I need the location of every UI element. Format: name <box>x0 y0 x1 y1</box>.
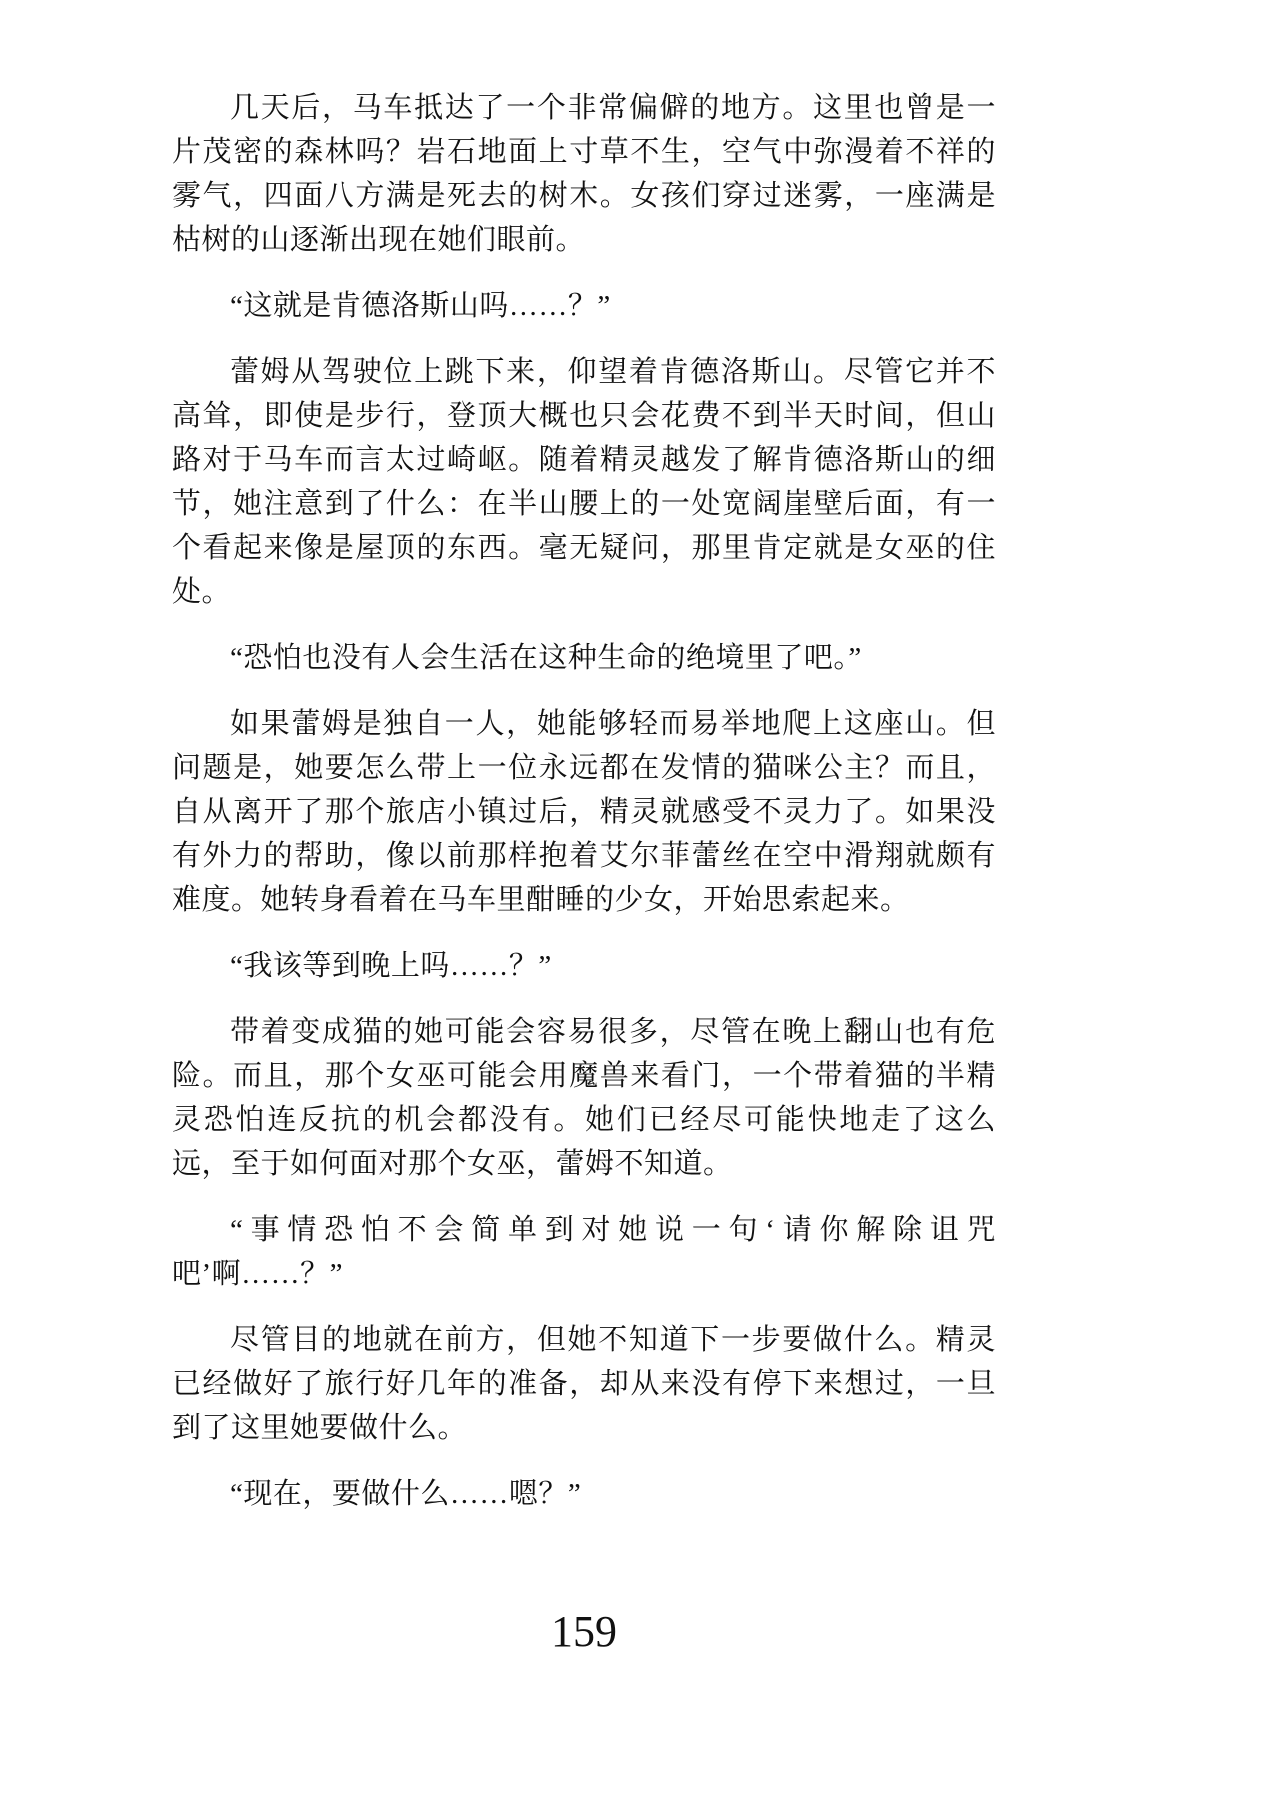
dialogue-line: “事情恐怕不会简单到对她说一句‘请你解除诅咒吧’啊……？” <box>172 1208 996 1296</box>
paragraph: 如果蕾姆是独自一人，她能够轻而易举地爬上这座山。但问题是，她要怎么带上一位永远都… <box>172 702 996 922</box>
page-text-block: 几天后，马车抵达了一个非常偏僻的地方。这里也曾是一片茂密的森林吗？岩石地面上寸草… <box>172 86 996 1538</box>
page-number: 159 <box>172 1608 996 1656</box>
paragraph: 几天后，马车抵达了一个非常偏僻的地方。这里也曾是一片茂密的森林吗？岩石地面上寸草… <box>172 86 996 262</box>
dialogue-line: “这就是肯德洛斯山吗……？” <box>172 284 996 328</box>
paragraph: 带着变成猫的她可能会容易很多，尽管在晚上翻山也有危险。而且，那个女巫可能会用魔兽… <box>172 1010 996 1186</box>
dialogue-line: “现在，要做什么……嗯？” <box>172 1472 996 1516</box>
paragraph: 蕾姆从驾驶位上跳下来，仰望着肯德洛斯山。尽管它并不高耸，即使是步行，登顶大概也只… <box>172 350 996 614</box>
book-page: 几天后，马车抵达了一个非常偏僻的地方。这里也曾是一片茂密的森林吗？岩石地面上寸草… <box>0 0 1280 1816</box>
dialogue-line: “恐怕也没有人会生活在这种生命的绝境里了吧。” <box>172 636 996 680</box>
dialogue-line: “我该等到晚上吗……？” <box>172 944 996 988</box>
paragraph: 尽管目的地就在前方，但她不知道下一步要做什么。精灵已经做好了旅行好几年的准备，却… <box>172 1318 996 1450</box>
